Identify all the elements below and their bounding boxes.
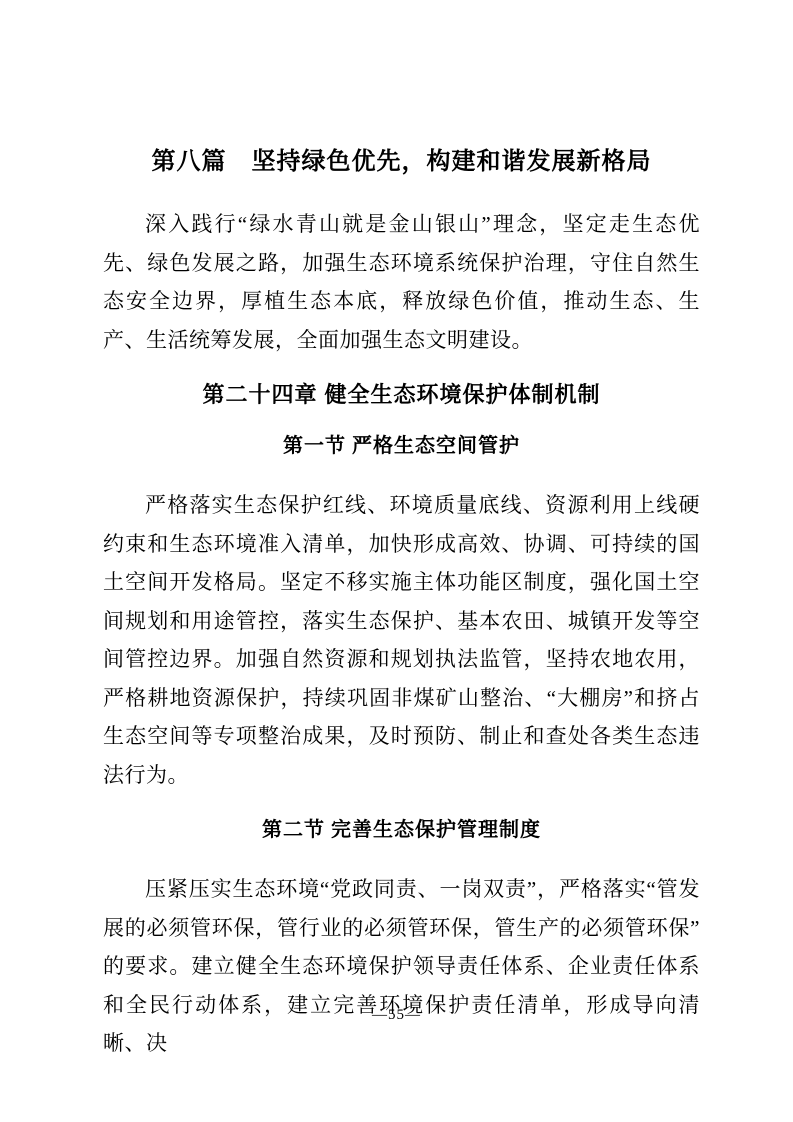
part-title: 第八篇 坚持绿色优先，构建和谐发展新格局 [103, 0, 700, 178]
chapter-title: 第二十四章 健全生态环境保护体制机制 [103, 380, 700, 410]
section-2-paragraph: 压紧压实生态环境“党政同责、一岗双责”，严格落实“管发展的必须管环保，管行业的必… [103, 870, 700, 1063]
section-2-title: 第二节 完善生态保护管理制度 [103, 817, 700, 843]
section-1-paragraph: 严格落实生态保护红线、环境质量底线、资源利用上线硬约束和生态环境准入清单，加快形… [103, 486, 700, 794]
page-content: 第八篇 坚持绿色优先，构建和谐发展新格局 深入践行“绿水青山就是金山银山”理念，… [0, 0, 793, 1063]
section-1-title: 第一节 严格生态空间管护 [103, 433, 700, 459]
page-number: —55— [0, 1005, 793, 1025]
intro-paragraph: 深入践行“绿水青山就是金山银山”理念，坚定走生态优先、绿色发展之路，加强生态环境… [103, 205, 700, 359]
document-page: 第八篇 坚持绿色优先，构建和谐发展新格局 深入践行“绿水青山就是金山银山”理念，… [0, 0, 793, 1122]
